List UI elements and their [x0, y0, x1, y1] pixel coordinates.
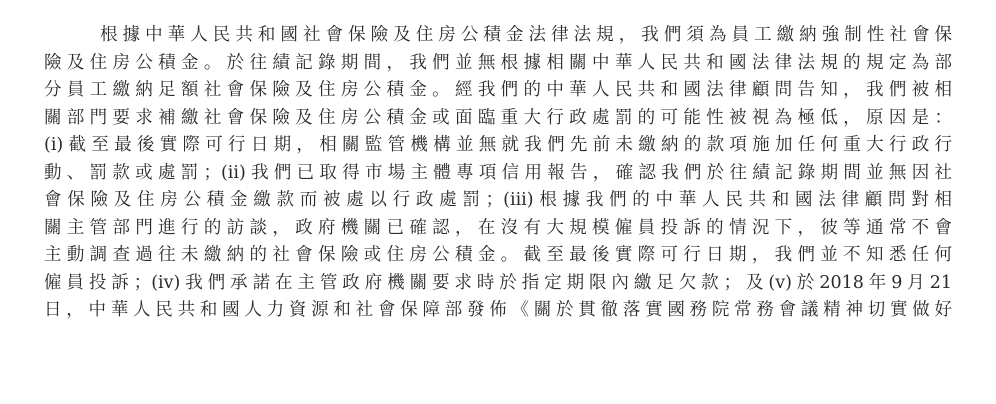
paragraph-line-10: 僱員投訴；(iv)我們承諾在主管政府機關要求時於指定期限內繳足欠款；及(v)於2… — [44, 269, 952, 297]
paragraph-line-2: 險及住房公積金。於往績記錄期間，我們並無根據相關中華人民共和國法律法規的規定為部 — [44, 49, 952, 77]
paragraph-line-9: 主動調查過往未繳納的社會保險或住房公積金。截至最後實際可行日期，我們並不知悉任何 — [44, 241, 952, 269]
paragraph-line-1: 根據中華人民共和國社會保險及住房公積金法律法規，我們須為員工繳納強制性社會保 — [100, 21, 952, 49]
document-page: 根據中華人民共和國社會保險及住房公積金法律法規，我們須為員工繳納強制性社會保 險… — [0, 0, 996, 404]
paragraph-line-7: 會保險及住房公積金繳款而被處以行政處罰；(iii)根據我們的中華人民共和國法律顧… — [44, 186, 952, 214]
paragraph-line-5: (i)截至最後實際可行日期，相關監管機構並無就我們先前未繳納的款項施加任何重大行… — [44, 131, 952, 159]
paragraph-line-8: 關主管部門進行的訪談，政府機關已確認，在沒有大規模僱員投訴的情況下，彼等通常不會 — [44, 214, 952, 242]
paragraph-line-4: 關部門要求補繳社會保險及住房公積金或面臨重大行政處罰的可能性被視為極低，原因是： — [44, 104, 952, 132]
paragraph-line-3: 分員工繳納足額社會保險及住房公積金。經我們的中華人民共和國法律顧問告知，我們被相 — [44, 76, 952, 104]
paragraph-line-6: 動、罰款或處罰；(ii)我們已取得市場主體專項信用報告，確認我們於往績記錄期間並… — [44, 159, 952, 187]
paragraph-line-11: 日，中華人民共和國人力資源和社會保障部發佈《關於貫徹落實國務院常務會議精神切實做… — [44, 296, 952, 324]
